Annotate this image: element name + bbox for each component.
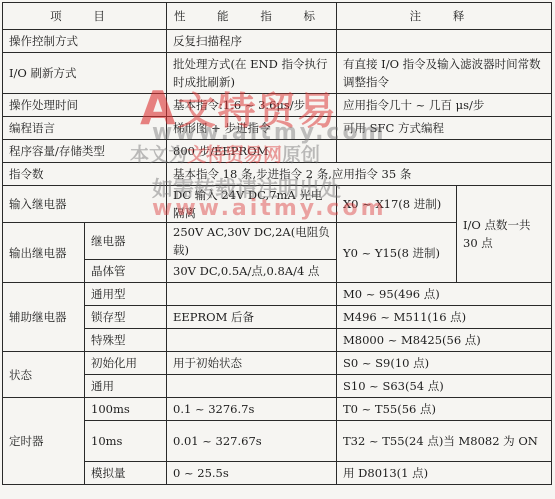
note-cell: T0 ~ T55(56 点): [337, 398, 552, 421]
perf-cell: [167, 329, 337, 352]
item-cell: 辅助继电器: [3, 283, 85, 352]
table-row: 模拟量 0 ~ 25.5s 用 D8013(1 点): [3, 462, 552, 485]
item-cell: 定时器: [3, 398, 85, 485]
perf-cell: 批处理方式(在 END 指令执行时成批刷新): [167, 53, 337, 94]
item-cell: 状态: [3, 352, 85, 398]
note-cell: 有直接 I/O 指令及输入滤波器时间常数调整指令: [337, 53, 552, 94]
perf-cell: 0.1 ~ 3276.7s: [167, 398, 337, 421]
perf-cell: 0.01 ~ 327.67s: [167, 421, 337, 462]
note-cell: X0 ~ X17(8 进制): [337, 186, 457, 223]
note-cell: [337, 140, 552, 163]
item-cell: 指令数: [3, 163, 167, 186]
item-cell: I/O 刷新方式: [3, 53, 167, 94]
table-row: 输入继电器 DC 输入 24V DC,7mA 光电隔离 X0 ~ X17(8 进…: [3, 186, 552, 223]
sub-cell: 通用: [85, 375, 167, 398]
perf-cell: 基本指令 18 条,步进指令 2 条,应用指令 35 条: [167, 163, 552, 186]
table-row: 定时器 100ms 0.1 ~ 3276.7s T0 ~ T55(56 点): [3, 398, 552, 421]
table-row: 辅助继电器 通用型 M0 ~ 95(496 点): [3, 283, 552, 306]
sub-cell: 通用型: [85, 283, 167, 306]
item-cell: 操作处理时间: [3, 94, 167, 117]
table-row: 程序容量/存储类型 800 步/EEPROM: [3, 140, 552, 163]
header-notes: 注 释: [337, 3, 552, 30]
perf-cell: [167, 375, 337, 398]
sub-cell: 10ms: [85, 421, 167, 462]
table-row: 锁存型 EEPROM 后备 M496 ~ M511(16 点): [3, 306, 552, 329]
perf-cell: 800 步/EEPROM: [167, 140, 337, 163]
table-row: 通用 S10 ~ S63(54 点): [3, 375, 552, 398]
table-row: 状态 初始化用 用于初始状态 S0 ~ S9(10 点): [3, 352, 552, 375]
table-row: 操作处理时间 基本指令:1.6 ~ 3.6μs/步 应用指令几十 ~ 几百 μs…: [3, 94, 552, 117]
io-total-cell: I/O 点数一共 30 点: [457, 186, 552, 283]
perf-cell: 反复扫描程序: [167, 30, 337, 53]
sub-cell: 模拟量: [85, 462, 167, 485]
sub-cell: 特殊型: [85, 329, 167, 352]
item-cell: 输入继电器: [3, 186, 167, 223]
item-cell: 编程语言: [3, 117, 167, 140]
note-cell: 应用指令几十 ~ 几百 μs/步: [337, 94, 552, 117]
note-cell: 用 D8013(1 点): [337, 462, 552, 485]
perf-cell: [167, 283, 337, 306]
note-cell: M0 ~ 95(496 点): [337, 283, 552, 306]
perf-cell: EEPROM 后备: [167, 306, 337, 329]
note-cell: S0 ~ S9(10 点): [337, 352, 552, 375]
table-row: 编程语言 梯形图 + 步进指令 可用 SFC 方式编程: [3, 117, 552, 140]
note-cell: M8000 ~ M8425(56 点): [337, 329, 552, 352]
perf-cell: 250V AC,30V DC,2A(电阻负载): [167, 223, 337, 260]
perf-cell: 0 ~ 25.5s: [167, 462, 337, 485]
table-row: 指令数 基本指令 18 条,步进指令 2 条,应用指令 35 条: [3, 163, 552, 186]
note-cell: S10 ~ S63(54 点): [337, 375, 552, 398]
table-row: 10ms 0.01 ~ 327.67s T32 ~ T55(24 点)当 M80…: [3, 421, 552, 462]
item-cell: 操作控制方式: [3, 30, 167, 53]
item-cell: 输出继电器: [3, 223, 85, 283]
plc-spec-table: 项 目 性 能 指 标 注 释 操作控制方式 反复扫描程序 I/O 刷新方式 批…: [2, 2, 552, 485]
sub-cell: 晶体管: [85, 260, 167, 283]
note-cell: T32 ~ T55(24 点)当 M8082 为 ON: [337, 421, 552, 462]
perf-cell: 30V DC,0.5A/点,0.8A/4 点: [167, 260, 337, 283]
sub-cell: 继电器: [85, 223, 167, 260]
table-row: I/O 刷新方式 批处理方式(在 END 指令执行时成批刷新) 有直接 I/O …: [3, 53, 552, 94]
note-cell: Y0 ~ Y15(8 进制): [337, 223, 457, 283]
note-cell: M496 ~ M511(16 点): [337, 306, 552, 329]
item-cell: 程序容量/存储类型: [3, 140, 167, 163]
perf-cell: 梯形图 + 步进指令: [167, 117, 337, 140]
note-cell: [337, 30, 552, 53]
sub-cell: 初始化用: [85, 352, 167, 375]
note-cell: 可用 SFC 方式编程: [337, 117, 552, 140]
perf-cell: DC 输入 24V DC,7mA 光电隔离: [167, 186, 337, 223]
header-performance: 性 能 指 标: [167, 3, 337, 30]
header-row: 项 目 性 能 指 标 注 释: [3, 3, 552, 30]
perf-cell: 用于初始状态: [167, 352, 337, 375]
perf-cell: 基本指令:1.6 ~ 3.6μs/步: [167, 94, 337, 117]
sub-cell: 100ms: [85, 398, 167, 421]
sub-cell: 锁存型: [85, 306, 167, 329]
table-row: 操作控制方式 反复扫描程序: [3, 30, 552, 53]
header-item: 项 目: [3, 3, 167, 30]
table-row: 特殊型 M8000 ~ M8425(56 点): [3, 329, 552, 352]
